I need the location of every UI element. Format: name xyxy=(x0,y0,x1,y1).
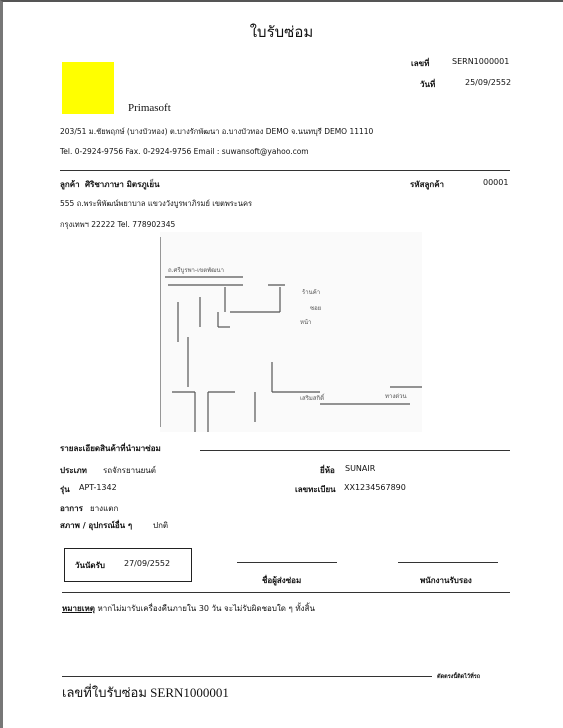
product-condition-label: สภาพ / อุปกรณ์อื่น ๆ xyxy=(60,519,132,532)
cut-line xyxy=(62,676,432,677)
product-reg-label: เลขทะเบียน xyxy=(295,483,336,496)
pickup-date: 27/09/2552 xyxy=(124,559,170,568)
product-brand: SUNAIR xyxy=(345,464,375,473)
product-symptom: ยางแตก xyxy=(90,502,118,515)
divider xyxy=(60,170,510,171)
hand-drawn-map-sketch: ถ.ศรีบูรพา-เขตพัฒนา ร้านค้า ซอย หน้า เสร… xyxy=(160,232,422,432)
company-contact: Tel. 0-2924-9756 Fax. 0-2924-9756 Email … xyxy=(60,147,309,156)
customer-code: 00001 xyxy=(483,178,508,187)
svg-text:ร้านค้า: ร้านค้า xyxy=(302,289,320,296)
product-brand-label: ยี่ห้อ xyxy=(320,464,335,477)
product-section-label: รายละเอียดสินค้าที่นำมาซ่อม xyxy=(60,442,161,455)
date-label: วันที่ xyxy=(420,78,435,91)
customer-address-line2: กรุงเทพฯ 22222 Tel. 778902345 xyxy=(60,219,175,231)
note-label: หมายเหตุ xyxy=(62,604,95,613)
svg-text:เสริมสกิติ์: เสริมสกิติ์ xyxy=(300,393,325,402)
product-condition: ปกติ xyxy=(153,519,168,532)
receipt-number-label: เลขที่ใบรับซ่อม xyxy=(62,685,147,700)
cut-here-label: ตัดตรงนี้ติดไว้ที่รถ xyxy=(437,673,480,681)
staff-signature-line xyxy=(398,562,498,563)
staff-label: พนักงานรับรอง xyxy=(420,574,472,587)
product-reg: XX1234567890 xyxy=(344,483,406,492)
customer-name: ศิริชาภาษา มิตรภูเย็น xyxy=(85,178,160,191)
customer-name-label: ลูกค้า xyxy=(60,178,80,191)
note: หมายเหตุ หากไม่มารับเครื่องคืนภายใน 30 ว… xyxy=(62,602,315,615)
company-logo xyxy=(62,62,114,114)
svg-text:ซอย: ซอย xyxy=(310,305,321,312)
sender-signature-line xyxy=(237,562,337,563)
product-symptom-label: อาการ xyxy=(60,502,83,515)
sender-label: ชื่อผู้ส่งซ่อม xyxy=(262,574,301,587)
company-address: 203/51 ม.ชัยพฤกษ์ (บางบัวทอง) ต.บางรักพั… xyxy=(60,126,373,138)
doc-no-label: เลขที่ xyxy=(411,57,429,70)
location-map: ถ.ศรีบูรพา-เขตพัฒนา ร้านค้า ซอย หน้า เสร… xyxy=(160,232,422,432)
product-type: รถจักรยานยนต์ xyxy=(103,464,156,477)
product-model-label: รุ่น xyxy=(60,483,70,496)
receipt-number: เลขที่ใบรับซ่อม SERN1000001 xyxy=(62,682,229,703)
note-text: หากไม่มารับเครื่องคืนภายใน 30 วัน จะไม่ร… xyxy=(95,604,315,613)
section-underline xyxy=(200,450,510,451)
doc-no-value: SERN1000001 xyxy=(452,57,509,66)
customer-code-label: รหัสลูกค้า xyxy=(410,178,444,191)
divider xyxy=(62,592,510,593)
date-value: 25/09/2552 xyxy=(465,78,511,87)
svg-text:หน้า: หน้า xyxy=(300,319,311,326)
company-name: Primasoft xyxy=(128,102,171,114)
receipt-number-value: SERN1000001 xyxy=(150,685,229,700)
customer-address-line1: 555 ถ.พระพิพัฒน์พยาบาล แขวงวังบูรพาภิรมย… xyxy=(60,198,252,210)
product-type-label: ประเภท xyxy=(60,464,87,477)
svg-text:ทางด่วน: ทางด่วน xyxy=(385,393,407,400)
product-model: APT-1342 xyxy=(79,483,117,492)
svg-text:ถ.ศรีบูรพา-เขตพัฒนา: ถ.ศรีบูรพา-เขตพัฒนา xyxy=(168,266,224,274)
document-title: ใบรับซ่อม xyxy=(0,20,563,44)
pickup-date-label: วันนัดรับ xyxy=(75,559,105,572)
